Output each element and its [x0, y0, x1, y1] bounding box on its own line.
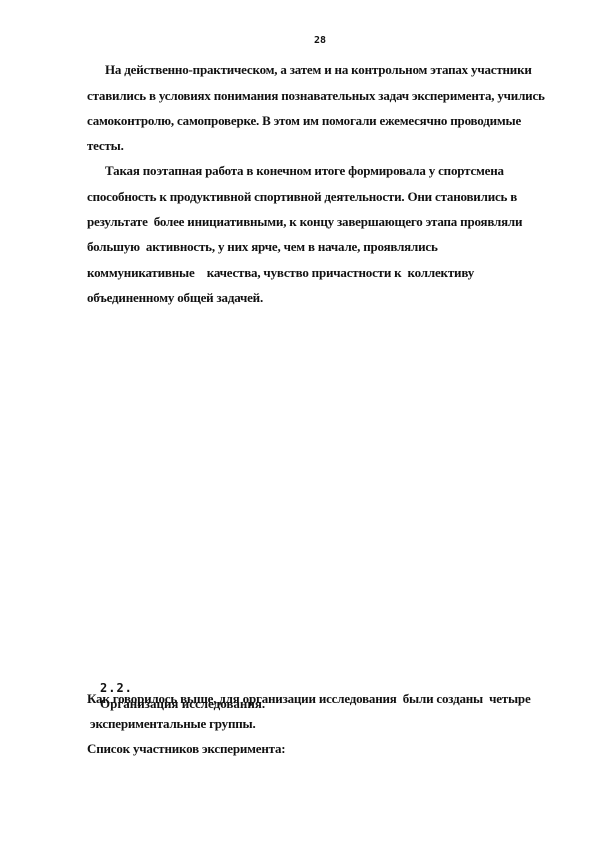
text-line: результате более инициативными, к концу …: [87, 214, 522, 230]
text-line: способность к продуктивной спортивной де…: [87, 189, 517, 205]
text-line: экспериментальные группы.: [87, 716, 256, 732]
text-line: тесты.: [87, 138, 124, 154]
text-line: большую активность, у них ярче, чем в на…: [87, 239, 438, 255]
text-line: Такая поэтапная работа в конечном итоге …: [105, 163, 504, 179]
text-line: Как говорилось выше, для организации исс…: [87, 691, 531, 707]
page-number: 28: [0, 35, 595, 46]
text-line: На действенно-практическом, а затем и на…: [105, 62, 532, 78]
text-line: ставились в условиях понимания познавате…: [87, 88, 545, 104]
text-line: объединенному общей задачей.: [87, 290, 263, 306]
text-line: Список участников эксперимента:: [87, 741, 285, 757]
text-line: самоконтролю, самопроверке. В этом им по…: [87, 113, 521, 129]
text-line: коммуникативные качества, чувство причас…: [87, 265, 474, 281]
